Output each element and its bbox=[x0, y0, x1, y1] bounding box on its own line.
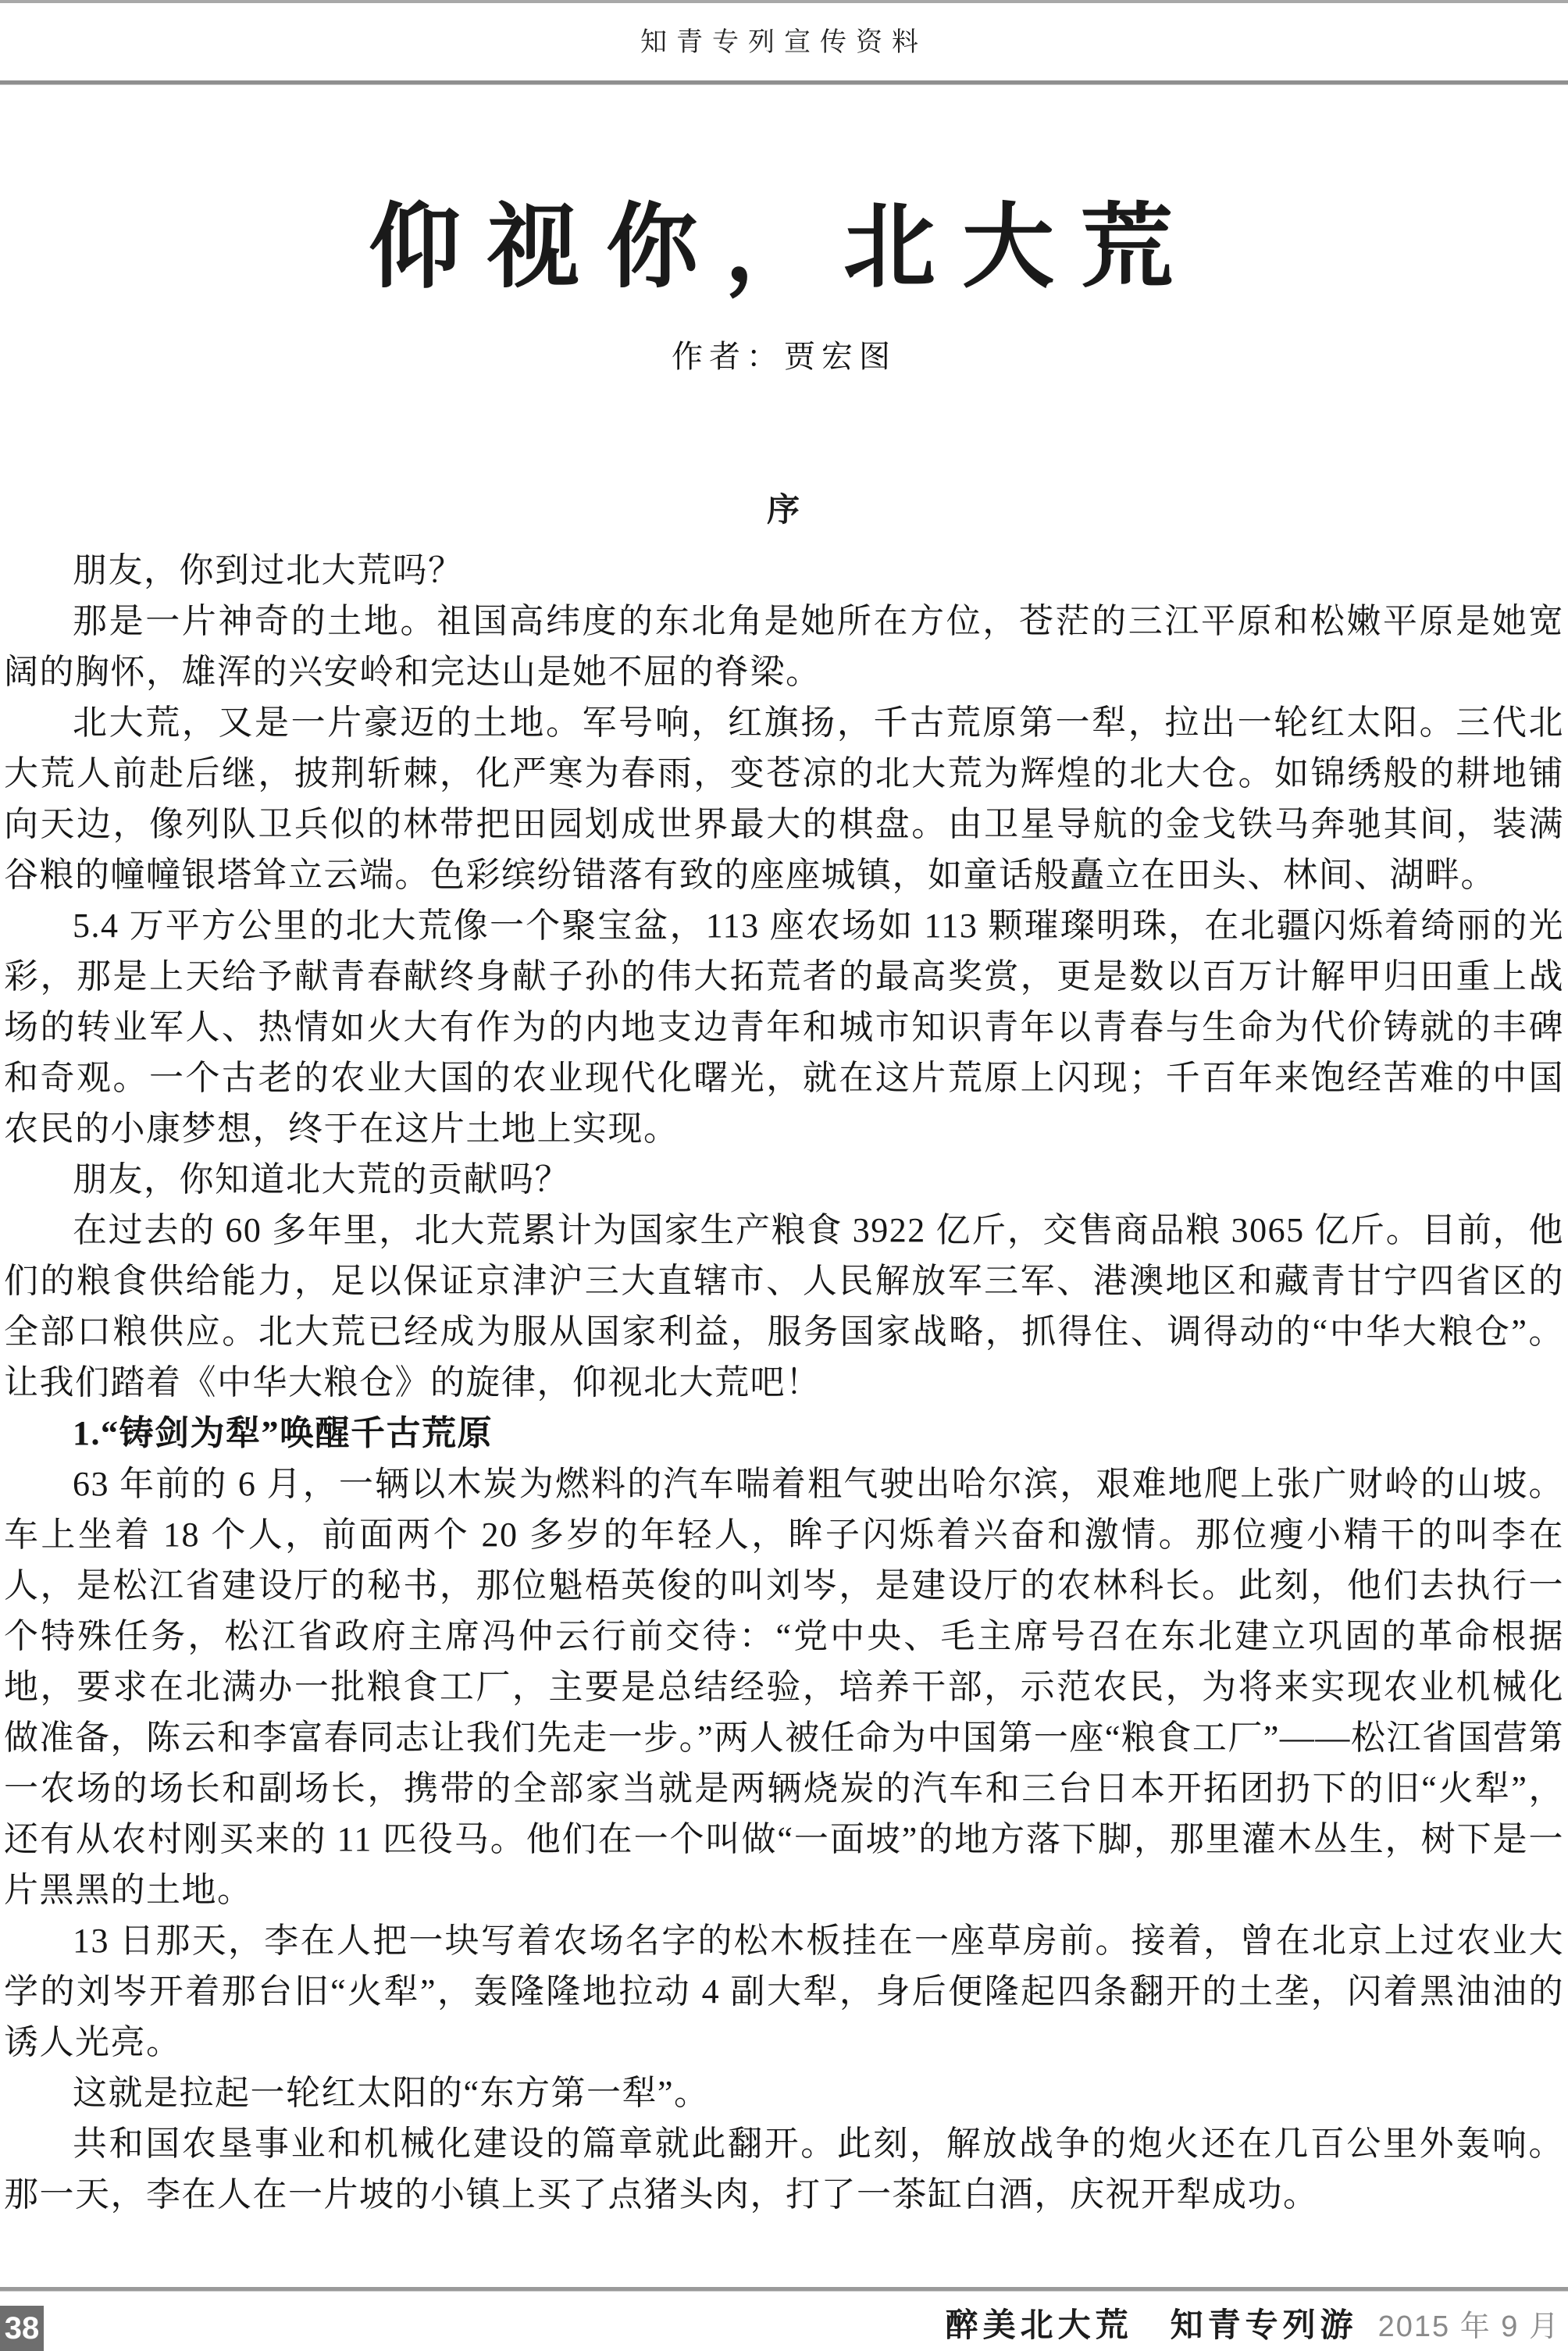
paragraph: 63 年前的 6 月，一辆以木炭为燃料的汽车喘着粗气驶出哈尔滨，艰难地爬上张广财… bbox=[4, 1459, 1564, 1915]
page-number-badge: 38 bbox=[0, 2306, 44, 2351]
paragraph: 5.4 万平方公里的北大荒像一个聚宝盆，113 座农场如 113 颗璀璨明珠，在… bbox=[4, 900, 1564, 1154]
footer-right: 醉美北大荒 知青专列游 2015 年 9 月 bbox=[946, 2299, 1560, 2351]
page-footer: 38 醉美北大荒 知青专列游 2015 年 9 月 bbox=[0, 2287, 1568, 2351]
section-heading: 1.“铸剑为犁”唤醒千古荒原 bbox=[4, 1408, 1564, 1459]
running-header: 知青专列宣传资料 bbox=[0, 3, 1568, 59]
preface-heading: 序 bbox=[0, 484, 1568, 531]
document-page: 知青专列宣传资料 仰视你，北大荒 作者：贾宏图 序 朋友，你到过北大荒吗？ 那是… bbox=[0, 0, 1568, 2351]
article-title: 仰视你，北大荒 bbox=[0, 201, 1568, 293]
footer-issue-date: 2015 年 9 月 bbox=[1378, 2302, 1560, 2345]
footer-magazine-title: 醉美北大荒 知青专列游 bbox=[946, 2299, 1358, 2346]
article-author: 作者：贾宏图 bbox=[0, 332, 1568, 376]
paragraph: 这就是拉起一轮红太阳的“东方第一犁”。 bbox=[4, 2068, 1564, 2118]
paragraph: 共和国农垦事业和机械化建设的篇章就此翻开。此刻，解放战争的炮火还在几百公里外轰响… bbox=[4, 2118, 1564, 2220]
paragraph: 那是一片神奇的土地。祖国高纬度的东北角是她所在方位，苍茫的三江平原和松嫩平原是她… bbox=[4, 596, 1564, 697]
header-rule bbox=[0, 80, 1568, 85]
paragraph: 北大荒，又是一片豪迈的土地。军号响，红旗扬，千古荒原第一犁，拉出一轮红太阳。三代… bbox=[4, 697, 1564, 900]
paragraph: 在过去的 60 多年里，北大荒累计为国家生产粮食 3922 亿斤，交售商品粮 3… bbox=[4, 1205, 1564, 1408]
article-body: 朋友，你到过北大荒吗？ 那是一片神奇的土地。祖国高纬度的东北角是她所在方位，苍茫… bbox=[0, 545, 1568, 2220]
paragraph: 朋友，你到过北大荒吗？ bbox=[4, 545, 1564, 596]
footer-row: 38 醉美北大荒 知青专列游 2015 年 9 月 bbox=[0, 2292, 1568, 2351]
paragraph: 朋友，你知道北大荒的贡献吗？ bbox=[4, 1154, 1564, 1205]
paragraph: 13 日那天，李在人把一块写着农场名字的松木板挂在一座草房前。接着，曾在北京上过… bbox=[4, 1915, 1564, 2068]
